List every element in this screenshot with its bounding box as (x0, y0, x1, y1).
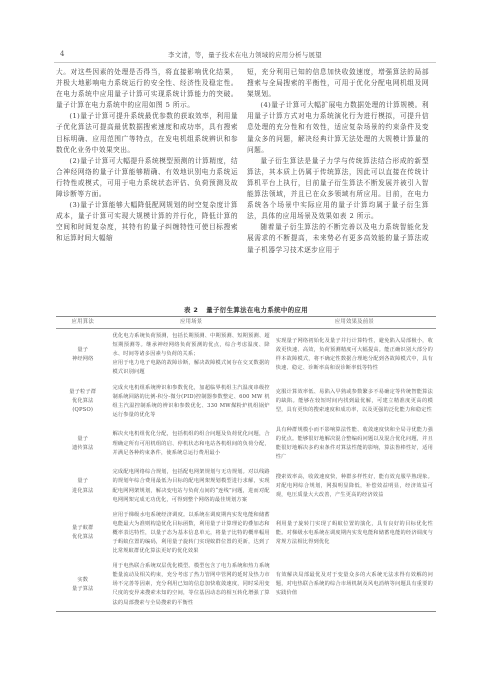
table-row: 量子 神经网络 优化电力系统负荷预测，包括长期预测、中期预测、短期预测、超短期预… (56, 329, 436, 381)
applications-table: 应用算法 应用场景 应用效果及前景 量子 神经网络 优化电力系统负荷预测，包括长… (56, 316, 436, 612)
algorithm-cell: 量子粒子群 优化算法 (QPSO) (56, 381, 109, 423)
paragraph: 短，充分利用已知的信息加快收敛速度，增强算法的局部搜索与全局搜索的平衡性，可用于… (247, 67, 429, 100)
header-algorithm: 应用算法 (56, 317, 109, 329)
paragraph: (3)量子计算能够大幅降低配网规划的时空复杂度计算成本，量子计算可实现大规模计算… (56, 200, 238, 244)
effect-cell: 搜索效率高，收敛速度快，种群多样性好，能有效克服早熟现象。对配电网综合规划，网损… (273, 465, 436, 507)
scenario-cell: 完成火电机组系统辨识和参数优化，加超临界机组主汽温度串级控制系统回路的比例-积分… (109, 381, 272, 423)
header-scenario: 应用场景 (109, 317, 272, 329)
scenario-cell: 解决火电机组优化分配，包括机组的组合问题及负荷优化问题，合理确定所有可用机组的启… (109, 423, 272, 465)
effect-cell: 有效解决局部最优及对于变量众多的大系统无法求得有效解的问题，对电热联合系统的综合… (273, 559, 436, 611)
scenario-text: 应用于电力电子电路的故障诊断，解决故障模式间存在交叉数据的模式识别问题 (112, 359, 269, 377)
scenario-text: 应用于梯级水电系统经济调度。以系统在调度期内实发电能和储蓄电能最大为准则构造优化… (112, 511, 269, 556)
running-title: 李文清，等，量子技术在电力领域的应用分析与展望 (54, 50, 436, 59)
scenario-cell: 优化电力系统负荷预测，包括长期预测、中期预测、短期预测、超短期预测等。继承神经网… (109, 329, 272, 381)
scenario-text: 优化电力系统负荷预测，包括长期预测、中期预测、短期预测、超短期预测等。继承神经网… (112, 332, 269, 359)
scenario-text: 完成配电网络综合规划，包括配电网架规划与无功规划。对以线路的规划年综合费用最低为… (112, 468, 269, 504)
table-row: 实数 量子算法 用于电热联合系统双层优化模型。模型包含了电力系统和热力系统能量流… (56, 559, 436, 611)
table-row: 量子粒子群 优化算法 (QPSO) 完成火电机组系统辨识和参数优化，加超临界机组… (56, 381, 436, 423)
paragraph: (4)量子计算可大幅扩展电力数据处理的计算规模。利用量子计算方式对电力系统演化行… (247, 100, 429, 155)
effect-cell: 具有种群规模小而不影响算法性能、收敛速度快和全局寻优能力强的优点。能够很好地解决… (273, 423, 436, 465)
table-caption: 表 2量子衍生算法在电力系统中的应用 (56, 305, 436, 314)
scenario-text: 用于电热联合系统双层优化模型。模型包含了电力系统和热力系统能量流动及相关约束，充… (112, 562, 269, 607)
paragraph: 量子衍生算法是量子力学与传统算法结合形成的新型算法，其本质上仍属于传统算法，因此… (247, 156, 429, 223)
algorithm-cell: 量子 遗传算法 (56, 423, 109, 465)
page-header: 4 李文清，等，量子技术在电力领域的应用分析与展望 (54, 48, 436, 63)
algorithm-cell: 量子 神经网络 (56, 329, 109, 381)
scenario-text: 完成火电机组系统辨识和参数优化，加超临界机组主汽温度串级控制系统回路的比例-积分… (112, 384, 269, 420)
paragraph: (1)量子计算可提升系统最优参数的获取效率，利用量子优化算法可提高最优数据搜索速… (56, 111, 238, 155)
paragraph: 随着量子衍生算法的不断完善以及电力系统智能化发展需求的不断提高，未来势必有更多高… (247, 222, 429, 255)
scenario-cell: 完成配电网络综合规划，包括配电网架规划与无功规划。对以线路的规划年综合费用最低为… (109, 465, 272, 507)
table-row: 量子蚁群 优化算法 应用于梯级水电系统经济调度。以系统在调度期内实发电能和储蓄电… (56, 508, 436, 559)
effect-cell: 实现量子网络初始化及量子并行计算特性，避免陷入局部极小，收敛更快速、高效，负荷预… (273, 329, 436, 381)
header-effect: 应用效果及前景 (273, 317, 436, 329)
paragraph: 大。对这些因素的处理是否得当，将直接影响优化结果，并极大地影响电力系统运行的安全… (56, 67, 238, 111)
algorithm-cell: 量子 进化算法 (56, 465, 109, 507)
algorithm-cell: 实数 量子算法 (56, 559, 109, 611)
table-row: 量子 进化算法 完成配电网络综合规划，包括配电网架规划与无功规划。对以线路的规划… (56, 465, 436, 507)
table-title: 量子衍生算法在电力系统中的应用 (206, 306, 308, 314)
scenario-text: 解决火电机组优化分配，包括机组的组合问题及负荷优化问题，合理确定所有可用机组的启… (112, 430, 269, 457)
table-row: 量子 遗传算法 解决火电机组优化分配，包括机组的组合问题及负荷优化问题，合理确定… (56, 423, 436, 465)
table-number: 表 2 (184, 306, 198, 314)
effect-cell: 利用量子旋转门实现了蚂蚁位置的演化，具有良好的目标优化性能。对梯级水电系统在调度… (273, 508, 436, 559)
algorithm-cell: 量子蚁群 优化算法 (56, 508, 109, 559)
effect-cell: 克服计算效率低、易陷入早熟或参数繁多不易确定等传统智能算法的缺陷。能够在较短时间… (273, 381, 436, 423)
left-column: 大。对这些因素的处理是否得当，将直接影响优化结果，并极大地影响电力系统运行的安全… (56, 67, 238, 245)
scenario-cell: 应用于梯级水电系统经济调度。以系统在调度期内实发电能和储蓄电能最大为准则构造优化… (109, 508, 272, 559)
table-header-row: 应用算法 应用场景 应用效果及前景 (56, 317, 436, 329)
scenario-cell: 用于电热联合系统双层优化模型。模型包含了电力系统和热力系统能量流动及相关约束，充… (109, 559, 272, 611)
right-column: 短，充分利用已知的信息加快收敛速度，增强算法的局部搜索与全局搜索的平衡性，可用于… (247, 67, 429, 256)
paragraph: (2)量子计算可大幅提升系统模型预测的计算精度，结合神经网络的量子计算能够精确、… (56, 156, 238, 200)
